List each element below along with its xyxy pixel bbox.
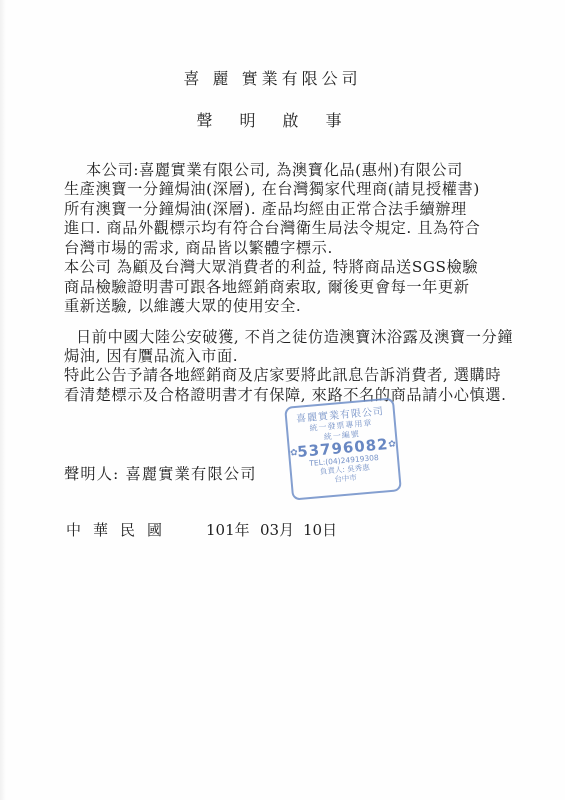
declarant: 聲明人: 喜麗實業有限公司 xyxy=(64,463,257,484)
paragraph-line: 日前中國大陸公安破獲, 不肖之徒仿造澳寶沐浴露及澳寶一分鐘 xyxy=(76,328,513,347)
date-month: 03月 xyxy=(260,519,294,540)
document-page: 喜 麗 實業有限公司 聲 明 啟 事 本公司:喜麗實業有限公司, 為澳寶化品(惠… xyxy=(0,0,565,800)
paragraph-line: 本公司:喜麗實業有限公司, 為澳寶化品(惠州)有限公司 xyxy=(86,161,463,180)
date-day: 10日 xyxy=(303,519,337,540)
paragraph-line: 進口. 商品外觀標示均有符合台灣衛生局法令規定. 且為符合 xyxy=(64,219,480,238)
paragraph-line: 商品檢驗證明書可跟各地經銷商索取, 爾後更會每一年更新 xyxy=(64,278,470,297)
paragraph-line: 焗油, 因有贋品流入市面. xyxy=(64,347,238,366)
date-year: 101年 xyxy=(206,519,250,540)
paragraph-line: 本公司 為顧及台灣大眾消費者的利益, 特將商品送SGS檢驗 xyxy=(64,258,478,277)
paragraph-line: 生產澳寶一分鐘焗油(深層), 在台灣獨家代理商(請見授權書) xyxy=(64,180,480,199)
rosette-icon: ✿ xyxy=(290,448,298,459)
date-era: 中華民國 xyxy=(66,519,174,540)
paragraph-line: 特此公告予請各地經銷商及店家要將此訊息告訴消費者, 選購時 xyxy=(64,366,501,385)
paragraph-line: 看清楚標示及合格證明書才有保障, 來路不名的商品請小心慎選. xyxy=(64,386,507,405)
rosette-icon: ✿ xyxy=(388,439,396,450)
paragraph-line: 台灣市場的需求, 商品皆以繁體字標示. xyxy=(64,239,333,258)
paragraph-line: 重新送驗, 以維護大眾的使用安全. xyxy=(64,297,301,316)
paragraph-line: 所有澳寶一分鐘焗油(深層). 產品均經由正常合法手續辦理 xyxy=(64,200,467,219)
company-seal-stamp: 喜麗實業有限公司 統一發票專用章 統一編號 53796082 TEL:(04)2… xyxy=(284,397,402,500)
notice-title: 聲 明 啟 事 xyxy=(0,108,557,131)
company-title: 喜 麗 實業有限公司 xyxy=(0,66,555,89)
